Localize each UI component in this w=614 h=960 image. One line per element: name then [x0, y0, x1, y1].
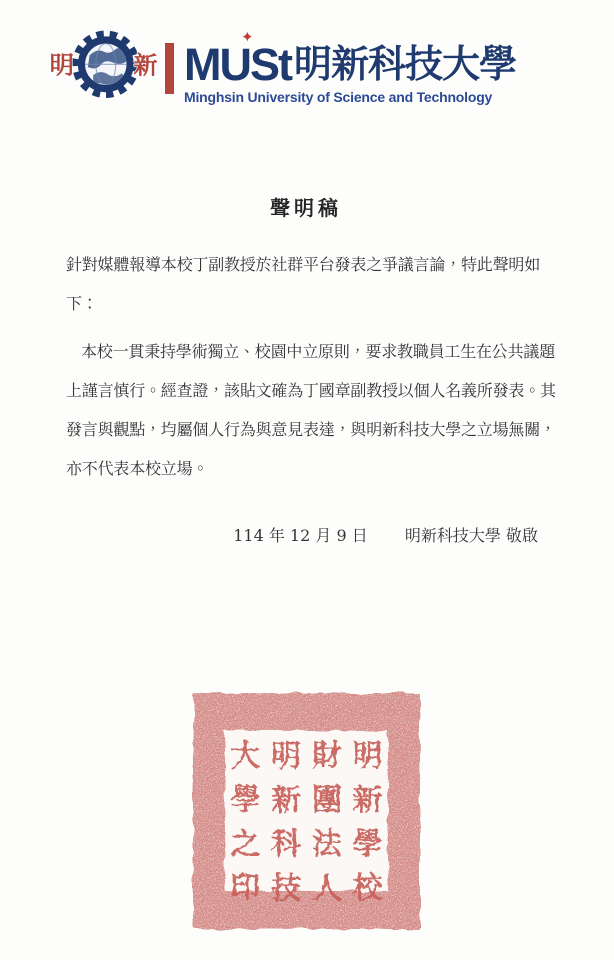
seal-character: 印	[225, 863, 266, 907]
statement-line: 本校一貫秉持學術獨立、校園中立原則，要求教職員工生在公共議題	[66, 332, 546, 371]
scanned-statement-page: 明 新 ✦ MUSt 明新科技大學 Minghsin University of…	[0, 0, 614, 960]
statement-document: 聲明稿 針對媒體報導本校丁副教授於社群平台發表之爭議言論，特此聲明如下：本校一貫…	[66, 192, 546, 546]
statement-line: 發言與觀點，均屬個人行為與意見表達，與明新科技大學之立場無關，	[66, 410, 546, 449]
seal-character: 財	[307, 731, 348, 775]
logo-left-char: 明	[50, 50, 74, 79]
seal-character: 人	[307, 863, 348, 907]
seal-character: 新	[347, 775, 388, 819]
seal-column: 明新科技	[266, 731, 307, 891]
university-name-english: Minghsin University of Science and Techn…	[184, 89, 516, 105]
statement-paragraph: 針對媒體報導本校丁副教授於社群平台發表之爭議言論，特此聲明如下：	[66, 245, 546, 323]
date-signature-line: 114 年 12 月 9 日 明新科技大學 敬啟	[66, 523, 546, 546]
seal-column: 明新學校	[347, 731, 388, 891]
statement-line: 上謹言慎行。經查證，該貼文確為丁國章副教授以個人名義所發表。其	[66, 371, 546, 410]
seal-character: 新	[266, 775, 307, 819]
seal-column: 財團法人	[307, 731, 348, 891]
seal-character: 團	[307, 775, 348, 819]
seal-inscription: 明新學校財團法人明新科技大學之印	[225, 731, 388, 891]
seal-character: 明	[347, 731, 388, 775]
statement-line: 亦不代表本校立場。	[66, 449, 546, 488]
letterhead-wordmark: ✦ MUSt 明新科技大學 Minghsin University of Sci…	[184, 32, 516, 105]
wordmark-must: MUSt	[184, 42, 291, 88]
university-logo: 明 新	[50, 28, 158, 106]
seal-character: 法	[307, 819, 348, 863]
seal-column: 大學之印	[225, 731, 266, 891]
seal-character: 大	[225, 731, 266, 775]
seal-character: 科	[266, 819, 307, 863]
university-name-chinese: 明新科技大學	[294, 40, 516, 88]
official-seal-stamp: 明新學校財團法人明新科技大學之印	[191, 691, 422, 931]
statement-body: 針對媒體報導本校丁副教授於社群平台發表之爭議言論，特此聲明如下：本校一貫秉持學術…	[66, 245, 546, 488]
seal-character: 技	[266, 863, 307, 907]
signature: 明新科技大學 敬啟	[405, 526, 538, 545]
logo-right-char: 新	[133, 50, 158, 79]
seal-character: 之	[225, 819, 266, 863]
gear-globe-icon: 明 新	[50, 28, 158, 106]
statement-line: 下：	[66, 284, 546, 323]
statement-line: 針對媒體報導本校丁副教授於社群平台發表之爭議言論，特此聲明如	[66, 245, 546, 284]
seal-character: 學	[347, 819, 388, 863]
seal-character: 明	[266, 731, 307, 775]
logo-divider-bar	[165, 43, 174, 94]
statement-paragraph: 本校一貫秉持學術獨立、校園中立原則，要求教職員工生在公共議題上謹言慎行。經查證，…	[66, 332, 546, 488]
document-date: 114 年 12 月 9 日	[233, 526, 368, 545]
star-icon: ✦	[241, 30, 254, 45]
seal-character: 校	[347, 863, 388, 907]
document-title: 聲明稿	[66, 192, 546, 221]
seal-character: 學	[225, 775, 266, 819]
